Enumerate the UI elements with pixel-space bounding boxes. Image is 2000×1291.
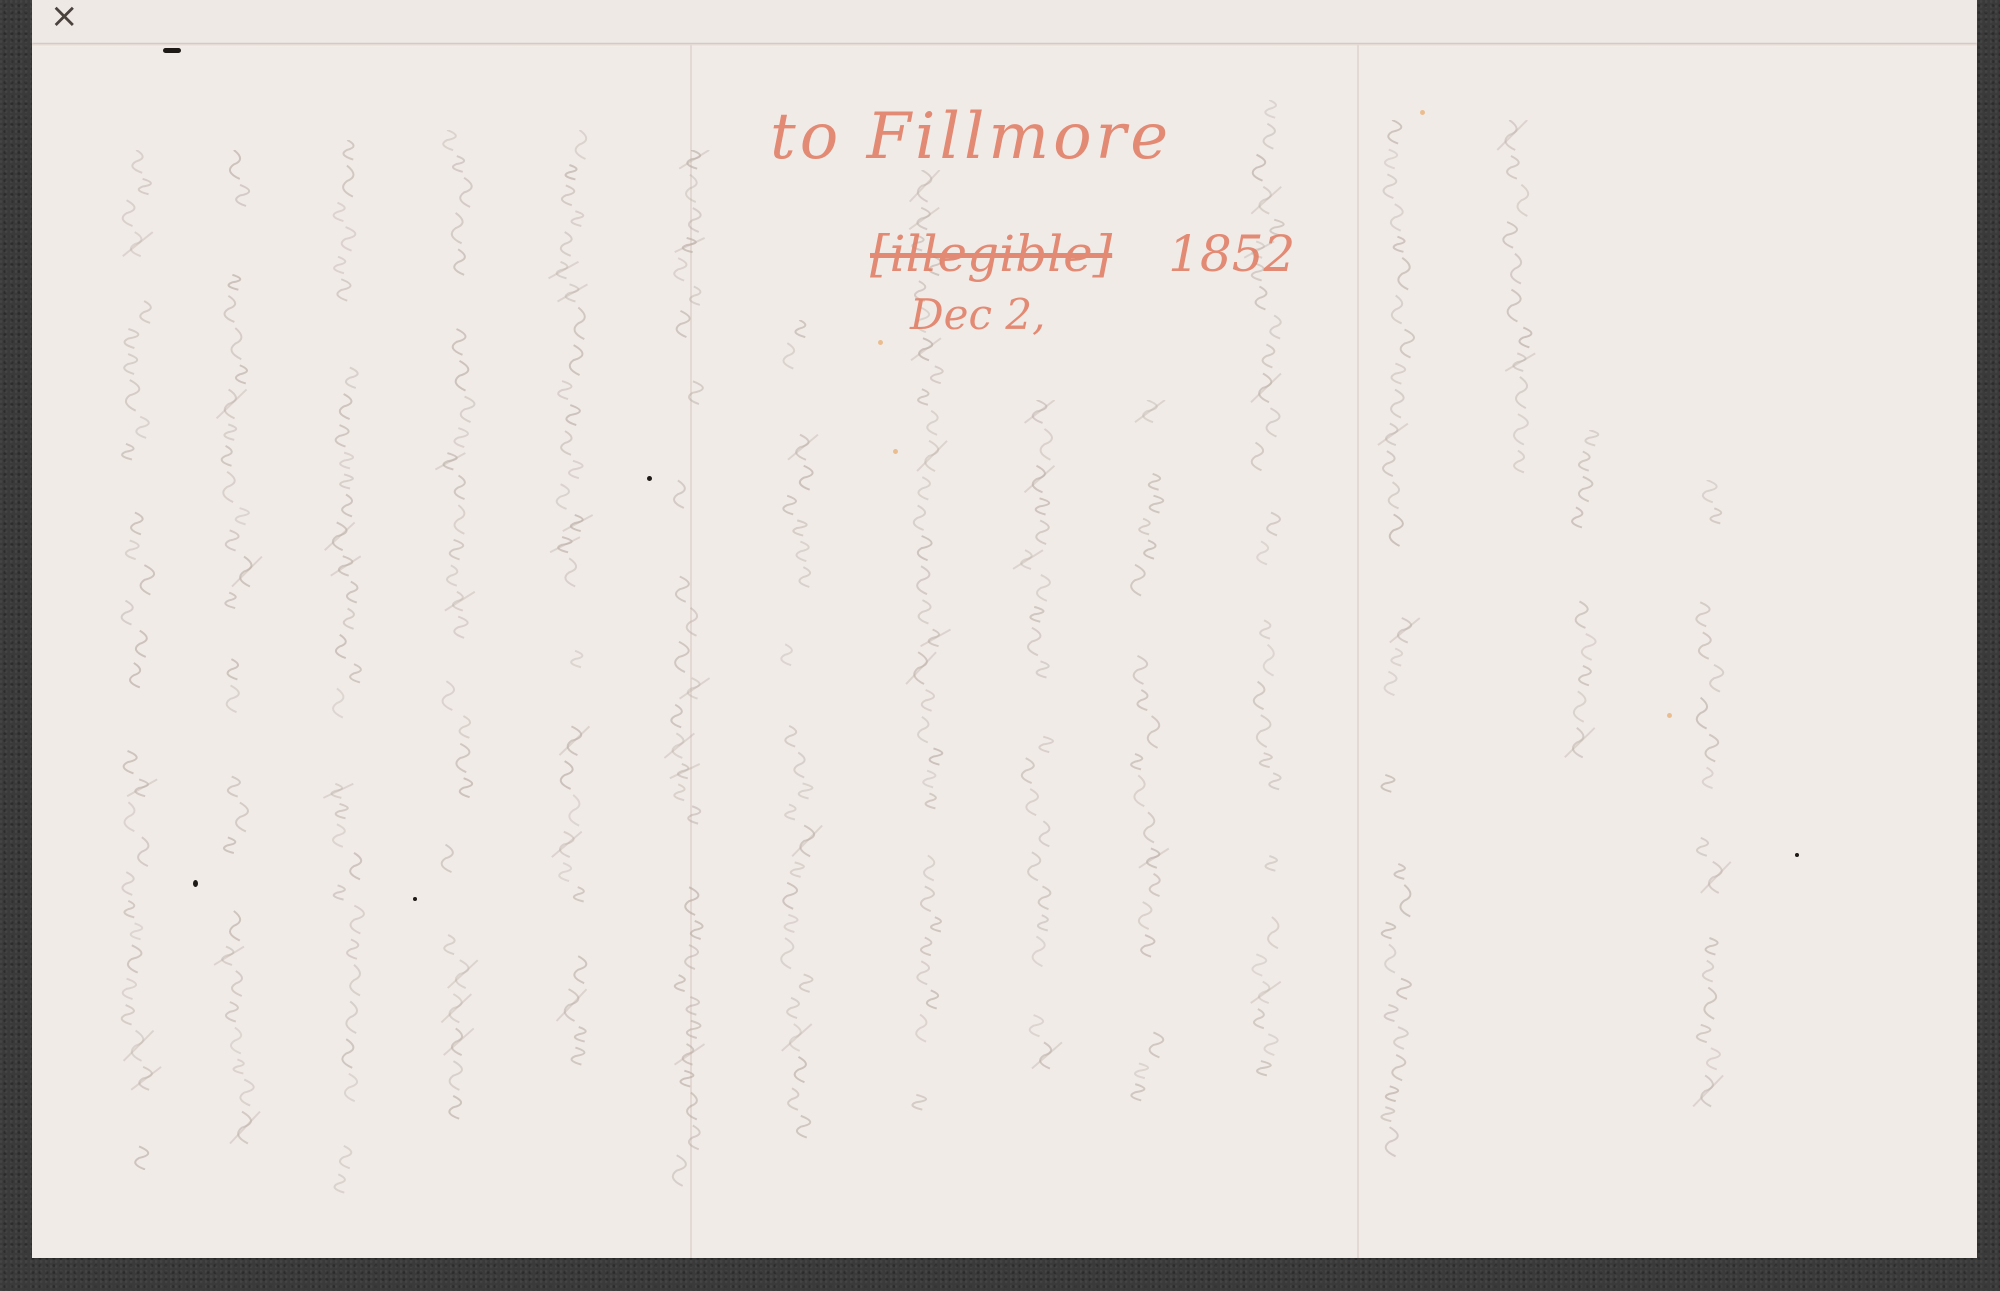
shorthand-column [210,150,270,1150]
shorthand-column [1010,400,1070,1100]
annotation-year: 1852 [1168,225,1295,283]
shorthand-column [660,150,720,1200]
shorthand-column [770,320,830,1150]
foxing-spot [1420,110,1425,115]
shorthand-column [1490,120,1550,500]
vertical-fold-right [1357,44,1359,1258]
shorthand-column [1370,120,1430,1170]
annotation-recipient: to Fillmore [770,100,1172,174]
shorthand-column [545,130,605,1130]
shorthand-column [1120,400,1180,1120]
corner-x-mark: × [50,0,79,36]
ink-speck [647,476,652,481]
foxing-spot [878,340,883,345]
shorthand-column [320,140,380,1200]
shorthand-column [1680,480,1740,1140]
horizontal-fold [32,44,1977,47]
foxing-spot [1667,713,1672,718]
annotation-date-year: [illegible] 1852 [870,225,1295,283]
shorthand-column [430,130,490,1150]
ink-speck [413,897,417,901]
annotation-date: Dec 2, [910,290,1045,339]
shorthand-column [1560,430,1620,760]
ink-speck [1795,853,1799,857]
foxing-spot [893,449,898,454]
annotation-struck-word: [illegible] [870,225,1112,283]
folded-top-flap [32,0,1977,46]
shorthand-column [110,150,170,1170]
ink-speck [163,48,181,53]
ink-speck [193,880,198,887]
